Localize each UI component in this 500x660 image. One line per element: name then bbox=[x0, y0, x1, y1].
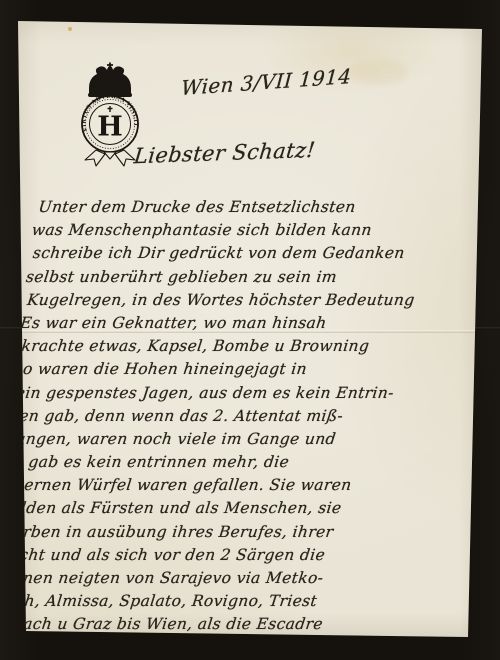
handwritten-line: selbst unberührt geblieben zu sein im bbox=[25, 266, 460, 289]
handwritten-line: ein gespenstes Jagen, aus dem es kein En… bbox=[14, 382, 445, 405]
handwritten-line: Laibach u Graz bis Wien, als die Escadre bbox=[0, 613, 417, 636]
salutation: Liebster Schatz! bbox=[133, 138, 317, 168]
handwritten-line: Pflicht und als sich vor den 2 Särgen di… bbox=[0, 544, 425, 567]
crest-monogram: H bbox=[97, 112, 123, 143]
paper-stain bbox=[68, 27, 72, 31]
paper-stain bbox=[348, 60, 408, 84]
handwritten-line: starben in ausübung ihres Berufes, ihrer bbox=[0, 521, 428, 544]
handwritten-line: Unter dem Drucke des Entsetzlichsten bbox=[37, 196, 468, 219]
photo-background: VIRTUS ADVERSA VINCIT H Wien 3/VII 1914 … bbox=[0, 0, 500, 660]
handwritten-line: Fahnen neigten von Sarajevo via Metko- bbox=[0, 567, 422, 590]
handwritten-line: nen gab, denn wenn das 2. Attentat miß- bbox=[8, 405, 443, 428]
letter-paper: VIRTUS ADVERSA VINCIT H Wien 3/VII 1914 … bbox=[18, 20, 482, 638]
handwritten-line: ehernen Würfel waren gefallen. Sie waren bbox=[3, 474, 434, 497]
dateline: Wien 3/VII 1914 bbox=[180, 64, 352, 100]
handwritten-line: Helden als Fürsten und als Menschen, sie bbox=[0, 497, 431, 520]
handwritten-line: Es war ein Geknatter, wo man hinsah bbox=[19, 312, 454, 335]
handwritten-line: krachte etwas, Kapsel, Bombe u Browning bbox=[20, 335, 451, 358]
handwritten-line: Kugelregen, in des Wortes höchster Bedeu… bbox=[26, 289, 457, 312]
ribbon-icon bbox=[85, 150, 135, 166]
handwritten-line: lungen, waren noch viele im Gange und bbox=[9, 428, 440, 451]
handwritten-line: vitsch, Almissa, Spalato, Rovigno, Tries… bbox=[0, 590, 420, 613]
handwritten-line: schreibe ich Dir gedrückt von dem Gedank… bbox=[31, 242, 462, 265]
letter-body: Unter dem Drucke des Entsetzlichsten was… bbox=[0, 196, 468, 637]
crown-icon bbox=[89, 66, 131, 95]
handwritten-line: so waren die Hohen hineingejagt in bbox=[13, 358, 448, 381]
handwritten-line: da gab es kein entrinnen mehr, die bbox=[2, 451, 437, 474]
handwritten-line: was Menschenphantasie sich bilden kann bbox=[30, 219, 465, 242]
